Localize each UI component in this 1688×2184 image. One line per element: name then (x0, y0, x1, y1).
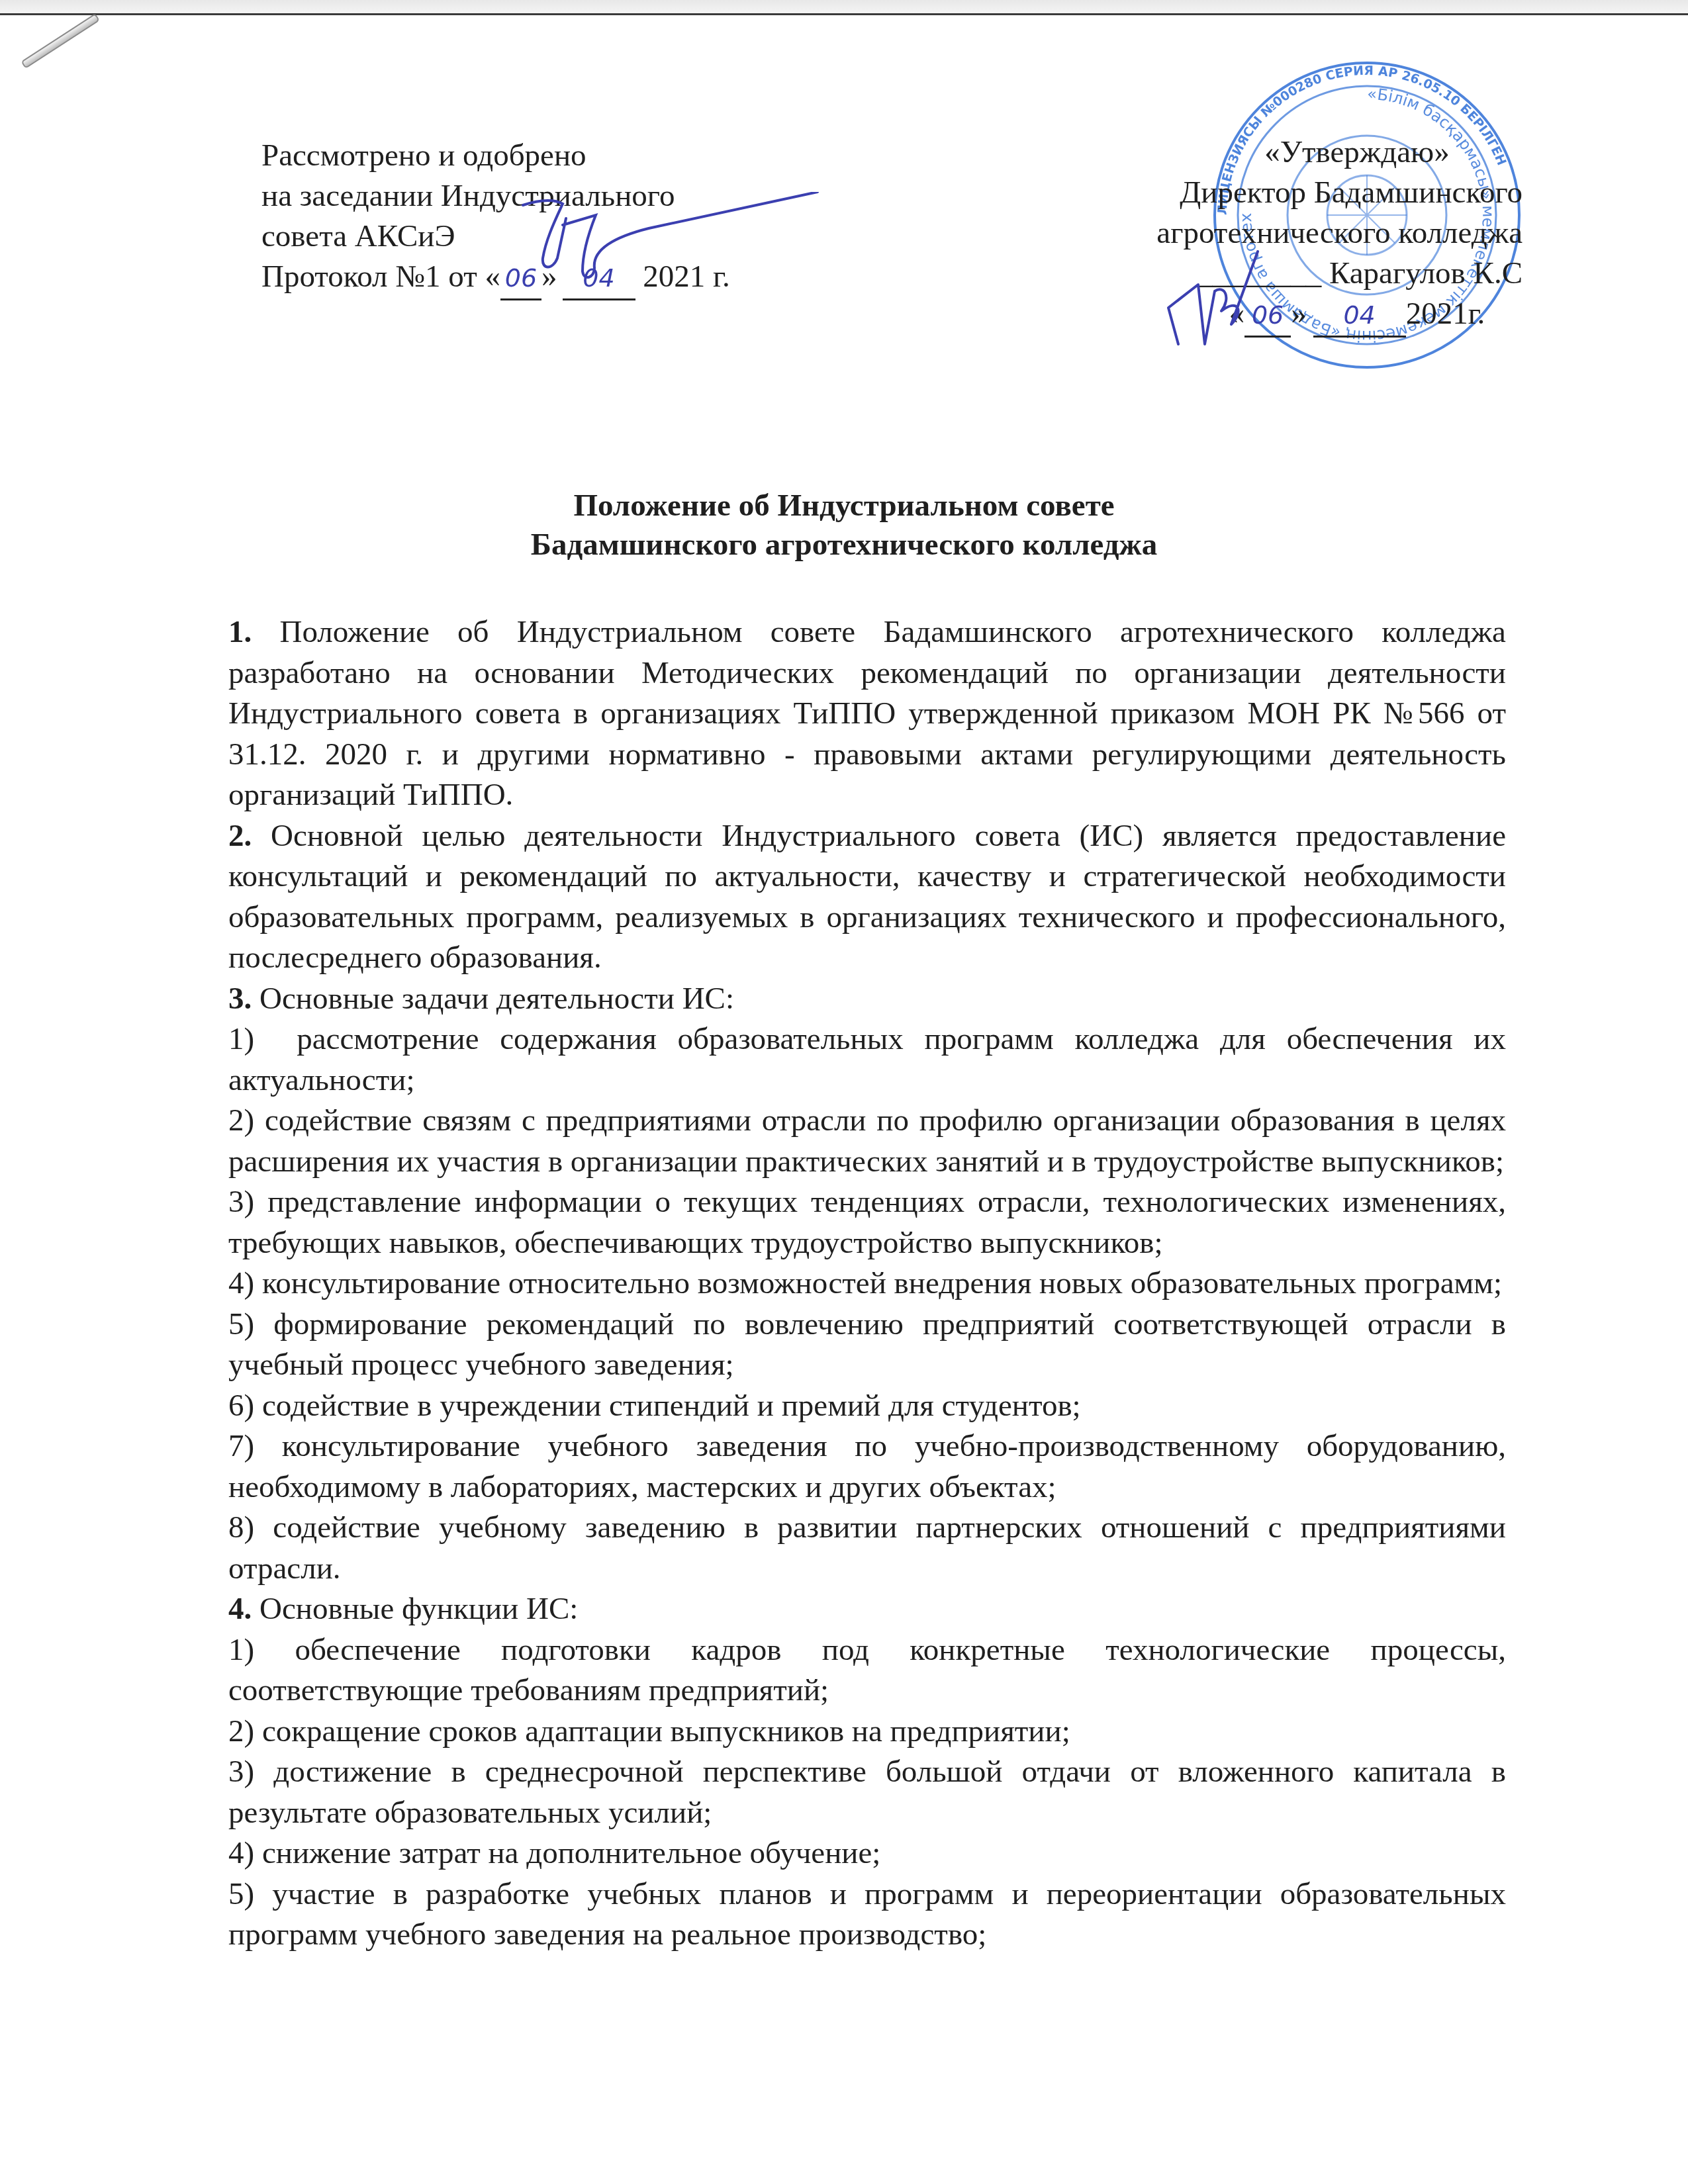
title-line-2: Бадамшинского агротехнического колледжа (0, 525, 1688, 565)
item-number: 1) (228, 1022, 254, 1056)
section-4-heading: 4. Основные функции ИС: (228, 1589, 1506, 1630)
list-item: 3) достижение в среднесрочной перспектив… (228, 1752, 1506, 1833)
signature-icon-left (516, 192, 821, 285)
item-text: консультирование учебного заведения по у… (228, 1429, 1506, 1504)
list-item: 4) снижение затрат на дополнительное обу… (228, 1833, 1506, 1874)
item-text: обеспечение подготовки кадров под конкре… (228, 1633, 1506, 1708)
approve-month: 04 (1313, 295, 1406, 338)
item-number: 5) (228, 1877, 254, 1911)
document-title: Положение об Индустриальном совете Бадам… (0, 486, 1688, 565)
section-text: Положение об Индустриальном совете Бадам… (228, 615, 1506, 812)
list-item: 6) содействие в учреждении стипендий и п… (228, 1386, 1506, 1427)
list-item: 1)рассмотрение содержания образовательны… (228, 1019, 1506, 1101)
item-text: формирование рекомендаций по вовлечению … (228, 1307, 1506, 1383)
approve-label: «Утверждаю» (1112, 132, 1523, 173)
item-number: 3) (228, 1185, 254, 1219)
list-item: 8) содействие учебному заведению в разви… (228, 1508, 1506, 1589)
section-heading: Основные задачи деятельности ИС: (252, 981, 734, 1016)
item-number: 7) (228, 1429, 254, 1463)
section-number: 1. (228, 615, 252, 649)
director-name: Карагулов К.С (1329, 256, 1523, 291)
list-item: 4) консультирование относительно возможн… (228, 1263, 1506, 1304)
approve-year: 2021г. (1406, 296, 1485, 331)
date-close-quote: » (1291, 296, 1307, 331)
item-number: 3) (228, 1754, 254, 1789)
title-line-1: Положение об Индустриальном совете (0, 486, 1688, 525)
section-3-heading: 3. Основные задачи деятельности ИС: (228, 979, 1506, 1020)
list-item: 1) обеспечение подготовки кадров под кон… (228, 1630, 1506, 1711)
section-2: 2. Основной целью деятельности Индустриа… (228, 816, 1506, 979)
item-number: 2) (228, 1103, 254, 1138)
section-number: 4. (228, 1592, 252, 1626)
item-number: 6) (228, 1388, 254, 1423)
document-body: 1. Положение об Индустриальном совете Ба… (228, 612, 1506, 1956)
item-number: 1) (228, 1633, 254, 1667)
approved-label: Рассмотрено и одобрено (261, 136, 730, 176)
list-item: 5) формирование рекомендаций по вовлечен… (228, 1304, 1506, 1386)
item-number: 5) (228, 1307, 254, 1342)
section-1: 1. Положение об Индустриальном совете Ба… (228, 612, 1506, 816)
item-text: содействие связям с предприятиями отрасл… (228, 1103, 1506, 1179)
item-text: участие в разработке учебных планов и пр… (228, 1877, 1506, 1952)
list-item: 3) представление информации о текущих те… (228, 1182, 1506, 1263)
section-text: Основной целью деятельности Индустриальн… (228, 819, 1506, 976)
list-item: 2) содействие связям с предприятиями отр… (228, 1101, 1506, 1182)
item-text: достижение в среднесрочной перспективе б… (228, 1754, 1506, 1830)
item-number: 4) (228, 1266, 254, 1300)
protocol-prefix: Протокол №1 от « (261, 259, 500, 294)
item-text: содействие учебному заведению в развитии… (228, 1510, 1506, 1586)
item-text: консультирование относительно возможност… (262, 1266, 1502, 1300)
list-item: 7) консультирование учебного заведения п… (228, 1426, 1506, 1508)
item-text: сокращение сроков адаптации выпускников … (262, 1714, 1070, 1749)
item-number: 2) (228, 1714, 254, 1749)
item-text: представление информации о текущих тенде… (228, 1185, 1506, 1260)
item-number: 8) (228, 1510, 254, 1545)
list-item: 5) участие в разработке учебных планов и… (228, 1874, 1506, 1956)
item-number: 4) (228, 1836, 254, 1870)
director-position-1: Директор Бадамшинского (1112, 173, 1523, 213)
section-heading: Основные функции ИС: (252, 1592, 578, 1626)
signature-icon-right (1165, 245, 1271, 357)
item-text: рассмотрение содержания образовательных … (228, 1022, 1506, 1097)
list-item: 2) сокращение сроков адаптации выпускник… (228, 1711, 1506, 1752)
section-number: 3. (228, 981, 252, 1016)
item-text: содействие в учреждении стипендий и прем… (262, 1388, 1081, 1423)
item-text: снижение затрат на дополнительное обучен… (262, 1836, 881, 1870)
section-number: 2. (228, 819, 252, 853)
staple-mark (21, 13, 99, 69)
scan-top-edge (0, 0, 1688, 15)
